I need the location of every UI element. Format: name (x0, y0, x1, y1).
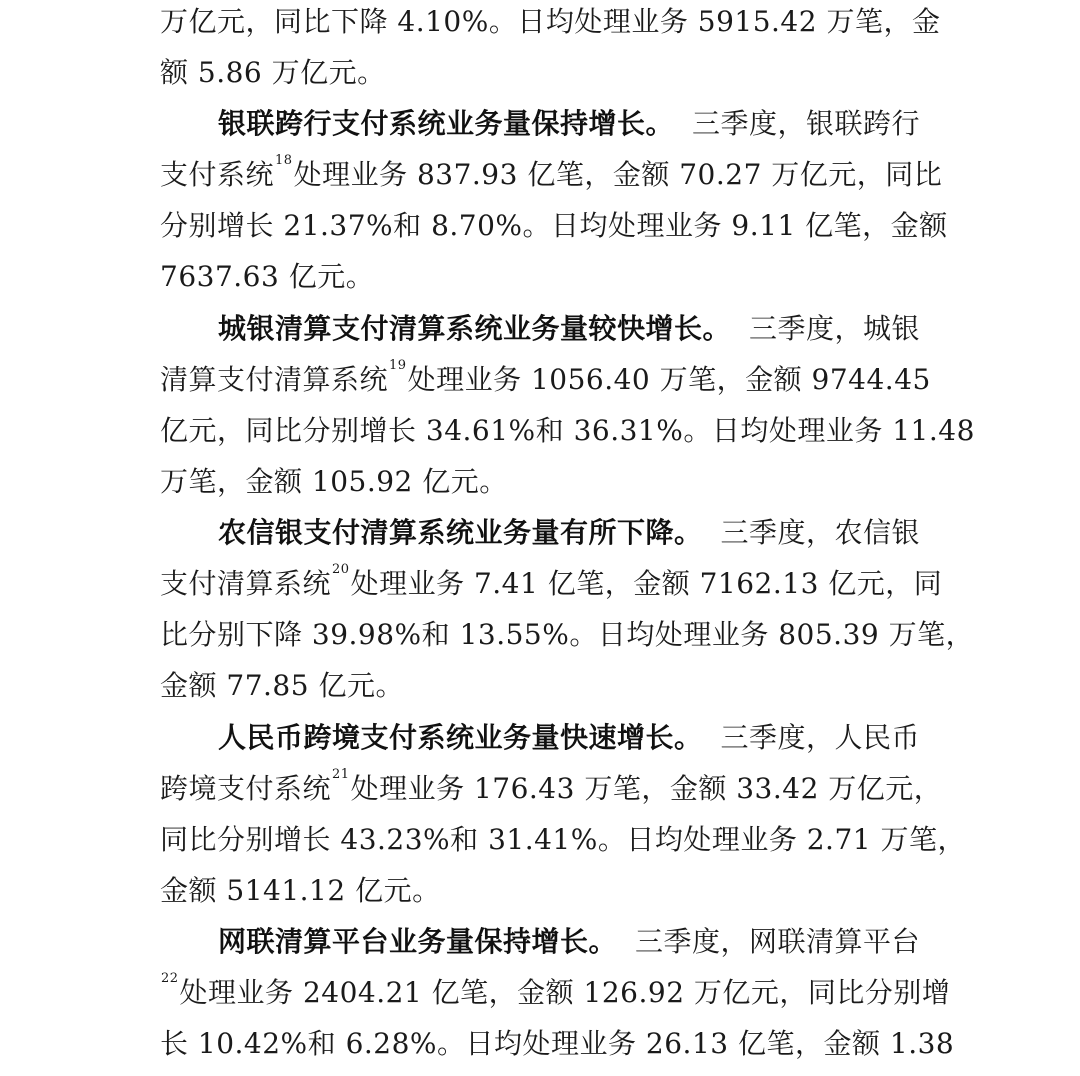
footnote-ref[interactable]: 18 (275, 153, 293, 168)
text-segment: 比分别下降 39.98%和 13.55%。日均处理业务 805.39 万笔， (160, 615, 974, 655)
text-segment: 处理业务 7.41 亿笔，金额 7162.13 亿元，同 (351, 567, 943, 600)
text-segment: 跨境支付系统 (160, 772, 331, 805)
text-line: 城银清算支付清算系统业务量较快增长。 三季度，城银 (218, 309, 920, 349)
text-line: 22处理业务 2404.21 亿笔，金额 126.92 万亿元，同比分别增 (160, 973, 920, 1013)
text-line: 人民币跨境支付系统业务量快速增长。 三季度，人民币 (218, 718, 920, 758)
footnote-ref[interactable]: 21 (332, 767, 350, 782)
text-segment: 额 5.86 万亿元。 (160, 53, 386, 93)
text-segment: 支付系统 (160, 158, 274, 191)
paragraph-heading: 城银清算支付清算系统业务量较快增长。 (218, 309, 731, 349)
text-segment: 三季度，农信银 (720, 513, 920, 553)
text-segment: 亿元，同比分别增长 34.61%和 36.31%。日均处理业务 11.48 (160, 411, 975, 451)
text-line: 7637.63 亿元。 (160, 257, 920, 297)
footnote-ref[interactable]: 22 (161, 971, 179, 986)
text-segment: 支付清算系统 (160, 567, 331, 600)
text-line: 农信银支付清算系统业务量有所下降。 三季度，农信银 (218, 513, 920, 553)
paragraph-heading: 银联跨行支付系统业务量保持增长。 (218, 104, 674, 144)
text-line: 同比分别增长 43.23%和 31.41%。日均处理业务 2.71 万笔， (160, 820, 920, 860)
text-segment: 7637.63 亿元。 (160, 257, 374, 297)
footnote-ref[interactable]: 20 (332, 562, 350, 577)
text-line: 长 10.42%和 6.28%。日均处理业务 26.13 亿笔，金额 1.38 (160, 1024, 920, 1064)
text-segment: 三季度，银联跨行 (692, 104, 920, 144)
text-line: 金额 77.85 亿元。 (160, 666, 920, 706)
text-segment: 金额 5141.12 亿元。 (160, 871, 441, 911)
text-line: 万笔，金额 105.92 亿元。 (160, 462, 920, 502)
paragraph-heading: 人民币跨境支付系统业务量快速增长。 (218, 718, 703, 758)
text-segment: 支付系统18处理业务 837.93 亿笔，金额 70.27 万亿元，同比 (160, 155, 942, 195)
text-segment: 同比分别增长 43.23%和 31.41%。日均处理业务 2.71 万笔， (160, 820, 966, 860)
text-segment: 跨境支付系统21处理业务 176.43 万笔，金额 33.42 万亿元， (160, 769, 942, 809)
text-segment: 处理业务 1056.40 万笔，金额 9744.45 (408, 363, 931, 396)
text-segment: 三季度，网联清算平台 (635, 922, 920, 962)
text-line: 比分别下降 39.98%和 13.55%。日均处理业务 805.39 万笔， (160, 615, 920, 655)
paragraph-heading: 网联清算平台业务量保持增长。 (218, 922, 617, 962)
text-segment: 支付清算系统20处理业务 7.41 亿笔，金额 7162.13 亿元，同 (160, 564, 942, 604)
paragraph-heading: 农信银支付清算系统业务量有所下降。 (218, 513, 703, 553)
text-segment: 万笔，金额 105.92 亿元。 (160, 462, 508, 502)
text-segment: 处理业务 837.93 亿笔，金额 70.27 万亿元，同比 (294, 158, 943, 191)
text-line: 分别增长 21.37%和 8.70%。日均处理业务 9.11 亿笔，金额 (160, 206, 920, 246)
text-line: 万亿元，同比下降 4.10%。日均处理业务 5915.42 万笔，金 (160, 2, 920, 42)
text-segment: 三季度，城银 (749, 309, 920, 349)
text-segment: 分别增长 21.37%和 8.70%。日均处理业务 9.11 亿笔，金额 (160, 206, 948, 246)
text-segment: 处理业务 176.43 万笔，金额 33.42 万亿元， (351, 772, 943, 805)
document-page: 万亿元，同比下降 4.10%。日均处理业务 5915.42 万笔，金 额 5.8… (0, 0, 1080, 1076)
text-line: 清算支付清算系统19处理业务 1056.40 万笔，金额 9744.45 (160, 360, 920, 400)
text-line: 银联跨行支付系统业务量保持增长。 三季度，银联跨行 (218, 104, 920, 144)
text-line: 额 5.86 万亿元。 (160, 53, 920, 93)
text-segment: 三季度，人民币 (720, 718, 920, 758)
footnote-ref[interactable]: 19 (389, 358, 407, 373)
text-segment: 长 10.42%和 6.28%。日均处理业务 26.13 亿笔，金额 1.38 (160, 1024, 954, 1064)
text-line: 支付系统18处理业务 837.93 亿笔，金额 70.27 万亿元，同比 (160, 155, 920, 195)
text-line: 金额 5141.12 亿元。 (160, 871, 920, 911)
text-line: 网联清算平台业务量保持增长。 三季度，网联清算平台 (218, 922, 920, 962)
text-segment: 处理业务 2404.21 亿笔，金额 126.92 万亿元，同比分别增 (180, 976, 951, 1009)
text-line: 跨境支付系统21处理业务 176.43 万笔，金额 33.42 万亿元， (160, 769, 920, 809)
text-segment: 清算支付清算系统 (160, 363, 388, 396)
text-line: 亿元，同比分别增长 34.61%和 36.31%。日均处理业务 11.48 (160, 411, 920, 451)
text-line: 支付清算系统20处理业务 7.41 亿笔，金额 7162.13 亿元，同 (160, 564, 920, 604)
text-segment: 22处理业务 2404.21 亿笔，金额 126.92 万亿元，同比分别增 (160, 973, 950, 1013)
text-segment: 万亿元，同比下降 4.10%。日均处理业务 5915.42 万笔，金 (160, 2, 940, 42)
text-segment: 金额 77.85 亿元。 (160, 666, 404, 706)
text-segment: 清算支付清算系统19处理业务 1056.40 万笔，金额 9744.45 (160, 360, 931, 400)
